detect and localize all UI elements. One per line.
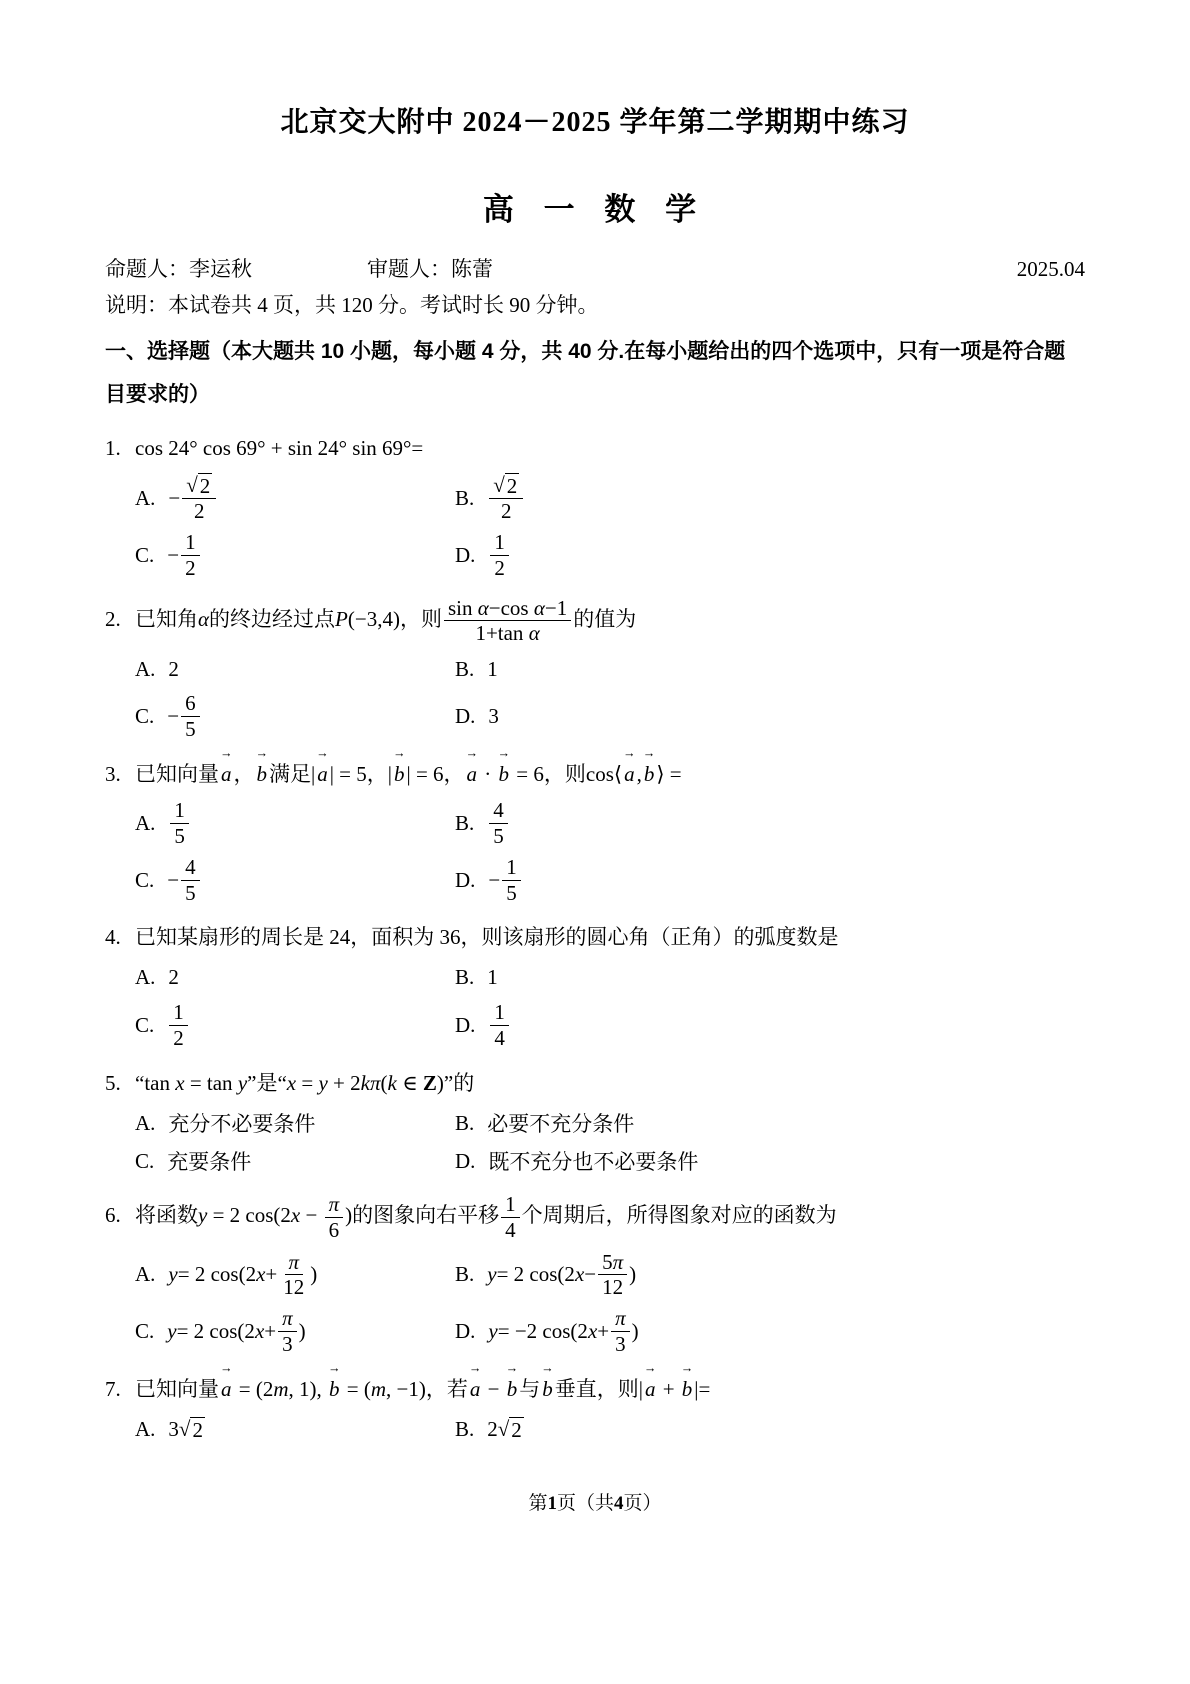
math-text: 既不充分也不必要条件 <box>488 1146 698 1176</box>
fraction-numerator: 1 <box>502 855 521 881</box>
math-math: y <box>167 1319 176 1344</box>
math-text: = 2 cos(2 <box>177 1319 255 1344</box>
question-stem-row: 5. “tan x = tan y”是“x = y + 2kπ(k ∈ Z)”的 <box>105 1066 1085 1101</box>
exam-date: 2025.04 <box>1017 255 1085 284</box>
question-options: A.15B.45C.−45D.−15 <box>135 798 1085 905</box>
math-text: = (2 <box>234 1377 274 1401</box>
vector-letter: b <box>394 762 405 786</box>
math-text: = −2 cos(2 <box>498 1319 588 1344</box>
vector-a: →a <box>221 757 232 792</box>
vector-letter: a <box>645 1377 656 1401</box>
fraction-denominator: 5 <box>181 717 200 742</box>
question-options: A.充分不必要条件B.必要不充分条件C.充要条件D.既不充分也不必要条件 <box>135 1107 1085 1177</box>
fraction-denominator: 5 <box>502 881 521 906</box>
option-label: A. <box>135 1111 155 1136</box>
exam-instructions: 说明：本试卷共 4 页，共 120 分。考试时长 90 分钟。 <box>105 291 1085 320</box>
option-c: C.充要条件 <box>135 1145 455 1177</box>
math-text: 5 <box>185 717 196 741</box>
fraction-denominator: 12 <box>279 1275 308 1300</box>
vector-b: →b <box>499 757 510 792</box>
math-text: 5 <box>174 824 185 848</box>
math-text: 1 <box>494 530 505 554</box>
math-text: 充要条件 <box>167 1146 251 1176</box>
math-text: 1 <box>494 1000 505 1024</box>
math-math: α <box>478 596 489 620</box>
math-text: 已知角 <box>135 607 198 631</box>
question-stem: cos 24° cos 69° + sin 24° sin 69°= <box>135 436 423 460</box>
fraction: π3 <box>611 1306 630 1357</box>
math-text: − <box>167 543 179 568</box>
radicand: 2 <box>198 473 213 499</box>
math-text: + <box>657 1377 679 1401</box>
fraction: 12 <box>181 530 200 581</box>
vector-arrow-icon: → <box>623 747 636 760</box>
math-text: 1 <box>173 1000 184 1024</box>
vector-b: →b <box>542 1372 553 1407</box>
fraction: √22 <box>489 473 523 525</box>
radical-sign: √ <box>179 1417 191 1442</box>
math-math: α <box>529 621 540 645</box>
math-text: sin <box>448 596 478 620</box>
math-text: = 2 cos(2 <box>497 1262 575 1287</box>
math-text: |= <box>694 1377 710 1401</box>
option-b: B.1 <box>455 653 1085 685</box>
question-4: 4. 已知某扇形的周长是 24，面积为 36，则该扇形的圆心角（正角）的弧度数是… <box>105 920 1085 1050</box>
vector-arrow-icon: → <box>316 747 329 760</box>
math-text: ) <box>629 1262 636 1287</box>
math-text: 2 <box>168 965 179 990</box>
math-text: ) <box>310 1262 317 1287</box>
fraction-numerator: π <box>278 1306 297 1332</box>
vector-arrow-icon: → <box>643 747 656 760</box>
fraction: 45 <box>181 855 200 906</box>
vector-letter: a <box>467 762 478 786</box>
math-math: P <box>335 607 348 631</box>
fraction-denominator: 4 <box>490 1026 509 1051</box>
vector-arrow-icon: → <box>644 1362 657 1375</box>
math-text: 1 <box>505 1192 516 1216</box>
question-5: 5. “tan x = tan y”是“x = y + 2kπ(k ∈ Z)”的… <box>105 1066 1085 1178</box>
math-text: 第 <box>528 1493 547 1514</box>
fraction-numerator: √2 <box>182 473 216 500</box>
vector-letter: b <box>499 762 510 786</box>
math-text: 垂直，则| <box>555 1377 643 1401</box>
fraction-denominator: 5 <box>489 824 508 849</box>
math-text: 4 <box>493 798 504 822</box>
option-body: −45 <box>167 855 201 906</box>
question-stem: 已知角α的终边经过点P(−3,4)，则sin α−cos α−11+tan α的… <box>135 607 636 631</box>
fraction-numerator: π <box>325 1192 344 1218</box>
question-stem-row: 7. 已知向量→a = (2m, 1), →b = (m, −1)，若→a − … <box>105 1372 1085 1407</box>
vector-b: →b <box>394 757 405 792</box>
math-text: 1 <box>174 798 185 822</box>
math-math: m <box>371 1377 386 1401</box>
fraction: π3 <box>278 1306 297 1357</box>
math-text: )”的 <box>437 1071 474 1095</box>
question-stem-row: 1. cos 24° cos 69° + sin 24° sin 69°= <box>105 431 1085 466</box>
math-text: 4 <box>185 855 196 879</box>
math-text: 4 <box>494 1026 505 1050</box>
option-body: 充要条件 <box>167 1146 251 1176</box>
option-label: D. <box>455 1013 475 1038</box>
option-label: C. <box>135 868 154 893</box>
question-stem: 已知向量→a = (2m, 1), →b = (m, −1)，若→a − →b与… <box>135 1377 710 1401</box>
option-body: 3 <box>488 704 499 729</box>
square-root: √2 <box>493 473 519 499</box>
question-options: A.2B.1C.12D.14 <box>135 962 1085 1051</box>
math-text: + <box>265 1262 277 1287</box>
math-math: y <box>487 1262 496 1287</box>
option-label: C. <box>135 704 154 729</box>
vector-a: →a <box>467 757 478 792</box>
question-2: 2. 已知角α的终边经过点P(−3,4)，则sin α−cos α−11+tan… <box>105 596 1085 742</box>
math-text: ) <box>632 1319 639 1344</box>
math-text: = tan <box>185 1071 238 1095</box>
square-root: √2 <box>179 1417 205 1443</box>
math-text: 5 <box>185 881 196 905</box>
math-text: · <box>479 762 497 786</box>
option-c: C.y = 2 cos(2x + π3) <box>135 1306 455 1357</box>
math-text: 2 <box>487 1417 498 1442</box>
math-text: 个周期后，所得图象对应的函数为 <box>522 1203 837 1227</box>
question-number: 6. <box>105 1203 121 1227</box>
fraction: 14 <box>501 1192 520 1243</box>
math-text: 6 <box>185 691 196 715</box>
math-text: 3 <box>168 1417 179 1442</box>
math-text: 必要不充分条件 <box>487 1108 634 1138</box>
page-number-label: 第1页（共4页） <box>528 1493 661 1514</box>
math-text: ) <box>299 1319 306 1344</box>
question-stem-row: 4. 已知某扇形的周长是 24，面积为 36，则该扇形的圆心角（正角）的弧度数是 <box>105 920 1085 955</box>
vector-arrow-icon: → <box>506 1362 519 1375</box>
math-math: α <box>198 607 209 631</box>
math-math: α <box>534 596 545 620</box>
fraction: 65 <box>181 691 200 742</box>
fraction: 14 <box>490 1000 509 1051</box>
option-label: A. <box>135 1417 155 1442</box>
exam-setter: 命题人：李运秋 <box>105 255 367 284</box>
option-body: 12 <box>488 530 511 581</box>
option-a: A.15 <box>135 798 455 849</box>
question-number: 1. <box>105 436 121 460</box>
math-text: 2 <box>494 556 505 580</box>
vector-arrow-icon: → <box>220 747 233 760</box>
vector-b: →b <box>257 757 268 792</box>
math-text: , <box>637 762 642 786</box>
vector-a: →a <box>645 1372 656 1407</box>
fraction-numerator: 1 <box>169 1000 188 1026</box>
option-body: −65 <box>167 691 201 742</box>
radicand: 2 <box>190 1417 205 1443</box>
math-math: k <box>387 1071 396 1095</box>
option-d: D.既不充分也不必要条件 <box>455 1145 1085 1177</box>
option-label: A. <box>135 811 155 836</box>
option-label: A. <box>135 657 155 682</box>
vector-arrow-icon: → <box>220 1362 233 1375</box>
fraction: 15 <box>170 798 189 849</box>
option-d: D.12 <box>455 530 1085 581</box>
vector-b: →b <box>329 1372 340 1407</box>
math-math: x <box>175 1071 184 1095</box>
fraction-numerator: 4 <box>489 798 508 824</box>
option-a: A.充分不必要条件 <box>135 1107 455 1139</box>
option-b: B.2√2 <box>455 1413 1085 1445</box>
exam-reviewer: 审题人：陈蕾 <box>367 255 493 284</box>
option-body: 45 <box>487 798 510 849</box>
math-text: = 6，则cos⟨ <box>511 762 622 786</box>
vector-arrow-icon: → <box>681 1362 694 1375</box>
vector-letter: b <box>542 1377 553 1401</box>
math-text: 2 <box>168 657 179 682</box>
option-b: B.45 <box>455 798 1085 849</box>
square-root: √2 <box>186 473 212 499</box>
question-stem: 已知某扇形的周长是 24，面积为 36，则该扇形的圆心角（正角）的弧度数是 <box>135 925 839 949</box>
option-label: D. <box>455 543 475 568</box>
math-text: 1+tan <box>475 621 528 645</box>
vector-arrow-icon: → <box>255 747 268 760</box>
vector-a: →a <box>470 1372 481 1407</box>
vector-arrow-icon: → <box>541 1362 554 1375</box>
option-d: D.y = −2 cos(2x + π3) <box>455 1306 1085 1357</box>
option-b: B.必要不充分条件 <box>455 1107 1085 1139</box>
math-math: π <box>613 1250 624 1274</box>
math-text: −1 <box>545 596 567 620</box>
math-text: 充分不必要条件 <box>168 1108 315 1138</box>
math-text: = ( <box>342 1377 371 1401</box>
vector-arrow-icon: → <box>466 747 479 760</box>
fraction-denominator: 1+tan α <box>471 621 543 646</box>
option-body: y = 2 cos(2x − 5π12) <box>487 1250 636 1301</box>
math-text: 已知向量 <box>135 1377 219 1401</box>
option-a: A.−√22 <box>135 473 455 525</box>
math-text: (−3,4)，则 <box>348 607 442 631</box>
option-d: D.−15 <box>455 855 1085 906</box>
fraction-denominator: 2 <box>490 556 509 581</box>
math-text: 5 <box>506 881 517 905</box>
fraction: π6 <box>325 1192 344 1243</box>
vector-arrow-icon: → <box>469 1362 482 1375</box>
fraction: 5π12 <box>598 1250 627 1301</box>
radicand: 2 <box>509 1417 524 1443</box>
question-stem: 已知向量→a，→b满足|→a| = 5，|→b| = 6，→a · →b = 6… <box>135 762 682 786</box>
question-stem: “tan x = tan y”是“x = y + 2kπ(k ∈ Z)”的 <box>135 1071 474 1095</box>
vector-b: →b <box>682 1372 693 1407</box>
exam-header: 北京交大附中 2024－2025 学年第二学期期中练习 高 一 数 学 命题人：… <box>105 100 1085 321</box>
math-text: + <box>597 1319 609 1344</box>
math-text: − <box>167 704 179 729</box>
option-body: 既不充分也不必要条件 <box>488 1146 698 1176</box>
vector-letter: a <box>624 762 635 786</box>
vector-letter: a <box>221 762 232 786</box>
fraction-numerator: 4 <box>181 855 200 881</box>
question-1: 1. cos 24° cos 69° + sin 24° sin 69°= A.… <box>105 431 1085 581</box>
math-text: ∈ <box>397 1071 423 1095</box>
fraction-denominator: 2 <box>169 1026 188 1051</box>
math-text: 1 <box>185 530 196 554</box>
school-title: 北京交大附中 2024－2025 学年第二学期期中练习 <box>105 100 1085 140</box>
option-body: y = 2 cos(2x + π3) <box>167 1306 305 1357</box>
fraction-denominator: 5 <box>181 881 200 906</box>
fraction-numerator: π <box>285 1250 304 1276</box>
option-body: 12 <box>167 1000 190 1051</box>
math-math: π <box>289 1250 300 1274</box>
vector-arrow-icon: → <box>498 747 511 760</box>
math-text: − <box>488 868 500 893</box>
math-text: 2 <box>501 499 512 523</box>
option-label: B. <box>455 1417 474 1442</box>
vector-a: →a <box>221 1372 232 1407</box>
vector-a: →a <box>624 757 635 792</box>
option-label: A. <box>135 1262 155 1287</box>
math-text: 页（共 <box>557 1493 614 1514</box>
math-math: x <box>575 1262 584 1287</box>
math-bold: Z <box>423 1071 437 1095</box>
option-label: D. <box>455 1319 475 1344</box>
vector-letter: a <box>221 1377 232 1401</box>
math-math: y <box>318 1071 327 1095</box>
vector-arrow-icon: → <box>328 1362 341 1375</box>
math-text: 6 <box>329 1218 340 1242</box>
option-c: C.−45 <box>135 855 455 906</box>
math-math: y <box>488 1319 497 1344</box>
option-a: A.3√2 <box>135 1413 455 1445</box>
option-label: D. <box>455 1149 475 1174</box>
math-text: = 2 cos(2 <box>178 1262 256 1287</box>
math-bold: 4 <box>614 1493 624 1514</box>
math-math: π <box>282 1306 293 1330</box>
question-options: A.3√2B.2√2 <box>135 1413 1085 1445</box>
math-text: )的图象向右平移 <box>345 1203 499 1227</box>
question-stem-row: 6. 将函数y = 2 cos(2x − π6)的图象向右平移14个周期后，所得… <box>105 1192 1085 1243</box>
exam-info-row: 命题人：李运秋 审题人：陈蕾 2025.04 <box>105 255 1085 284</box>
vector-letter: b <box>329 1377 340 1401</box>
option-c: C.−12 <box>135 530 455 581</box>
exam-page: 北京交大附中 2024－2025 学年第二学期期中练习 高 一 数 学 命题人：… <box>0 0 1190 1684</box>
math-math: y <box>238 1071 247 1095</box>
option-label: A. <box>135 486 155 511</box>
question-options: A.−√22B.√22C.−12D.12 <box>135 473 1085 581</box>
question-3: 3. 已知向量→a，→b满足|→a| = 5，|→b| = 6，→a · →b … <box>105 757 1085 906</box>
fraction: √22 <box>182 473 216 525</box>
fraction-numerator: π <box>611 1306 630 1332</box>
math-text: | = 6， <box>406 762 464 786</box>
math-text: 1 <box>487 657 498 682</box>
option-c: C.−65 <box>135 691 455 742</box>
math-text: ”是“ <box>247 1071 287 1095</box>
math-text: ⟩ = <box>656 762 681 786</box>
math-math: π <box>329 1192 340 1216</box>
question-6: 6. 将函数y = 2 cos(2x − π6)的图象向右平移14个周期后，所得… <box>105 1192 1085 1357</box>
square-root: √2 <box>498 1417 524 1443</box>
question-stem-row: 3. 已知向量→a，→b满足|→a| = 5，|→b| = 6，→a · →b … <box>105 757 1085 792</box>
math-math: y <box>198 1203 207 1227</box>
math-text: −cos <box>489 596 534 620</box>
fraction: 12 <box>169 1000 188 1051</box>
math-text: 5 <box>602 1250 613 1274</box>
option-body: 14 <box>488 1000 511 1051</box>
fraction-numerator: 6 <box>181 691 200 717</box>
fraction-denominator: 3 <box>611 1332 630 1357</box>
option-body: 3√2 <box>168 1417 205 1443</box>
option-body: √22 <box>487 473 525 525</box>
fraction-denominator: 12 <box>598 1275 627 1300</box>
math-text: − <box>168 486 180 511</box>
fraction-denominator: 2 <box>497 499 516 524</box>
math-text: 将函数 <box>135 1203 198 1227</box>
option-body: −15 <box>488 855 522 906</box>
option-b: B.1 <box>455 962 1085 994</box>
fraction: 15 <box>502 855 521 906</box>
math-text: − <box>584 1262 596 1287</box>
question-number: 7. <box>105 1377 121 1401</box>
math-text: 12 <box>283 1275 304 1299</box>
option-body: y = 2 cos(2x + π12) <box>168 1250 317 1301</box>
fraction-denominator: 3 <box>278 1332 297 1357</box>
question-list: 1. cos 24° cos 69° + sin 24° sin 69°= A.… <box>105 431 1085 1446</box>
option-label: B. <box>455 657 474 682</box>
option-body: 2 <box>168 965 179 990</box>
option-label: B. <box>455 965 474 990</box>
math-text: 2 <box>194 499 205 523</box>
math-text: 12 <box>602 1275 623 1299</box>
option-label: D. <box>455 868 475 893</box>
math-text: 页） <box>624 1493 662 1514</box>
math-text: − <box>482 1377 504 1401</box>
math-text: 1 <box>506 855 517 879</box>
math-text: 3 <box>488 704 499 729</box>
fraction-numerator: 1 <box>181 530 200 556</box>
page-footer: 第1页（共4页） <box>0 1488 1190 1515</box>
vector-a: →a <box>317 757 328 792</box>
option-label: D. <box>455 704 475 729</box>
radicand: 2 <box>505 473 520 499</box>
option-body: 充分不必要条件 <box>168 1108 315 1138</box>
math-text: 5 <box>493 824 504 848</box>
option-body: y = −2 cos(2x + π3) <box>488 1306 638 1357</box>
math-text: “tan <box>135 1071 175 1095</box>
option-d: D.14 <box>455 1000 1085 1051</box>
fraction: sin α−cos α−11+tan α <box>444 596 571 647</box>
option-body: 1 <box>487 657 498 682</box>
vector-letter: a <box>470 1377 481 1401</box>
math-math: x <box>287 1071 296 1095</box>
option-body: 必要不充分条件 <box>487 1108 634 1138</box>
fraction-denominator: 6 <box>325 1218 344 1243</box>
option-body: 2 <box>168 657 179 682</box>
vector-letter: a <box>317 762 328 786</box>
option-body: −√22 <box>168 473 218 525</box>
math-text: = <box>296 1071 318 1095</box>
math-math: π <box>615 1306 626 1330</box>
math-text: 已知向量 <box>135 762 219 786</box>
math-text: 3 <box>282 1332 293 1356</box>
vector-letter: b <box>644 762 655 786</box>
vector-letter: b <box>257 762 268 786</box>
math-text: ， <box>234 762 255 786</box>
question-7: 7. 已知向量→a = (2m, 1), →b = (m, −1)，若→a − … <box>105 1372 1085 1446</box>
math-math: m <box>273 1377 288 1401</box>
math-math: y <box>168 1262 177 1287</box>
option-c: C.12 <box>135 1000 455 1051</box>
vector-letter: b <box>682 1377 693 1401</box>
fraction-numerator: 1 <box>170 798 189 824</box>
vector-letter: b <box>507 1377 518 1401</box>
vector-b: →b <box>507 1372 518 1407</box>
math-math: x <box>256 1262 265 1287</box>
option-body: 2√2 <box>487 1417 524 1443</box>
question-number: 3. <box>105 762 121 786</box>
question-stem: 将函数y = 2 cos(2x − π6)的图象向右平移14个周期后，所得图象对… <box>135 1203 837 1227</box>
